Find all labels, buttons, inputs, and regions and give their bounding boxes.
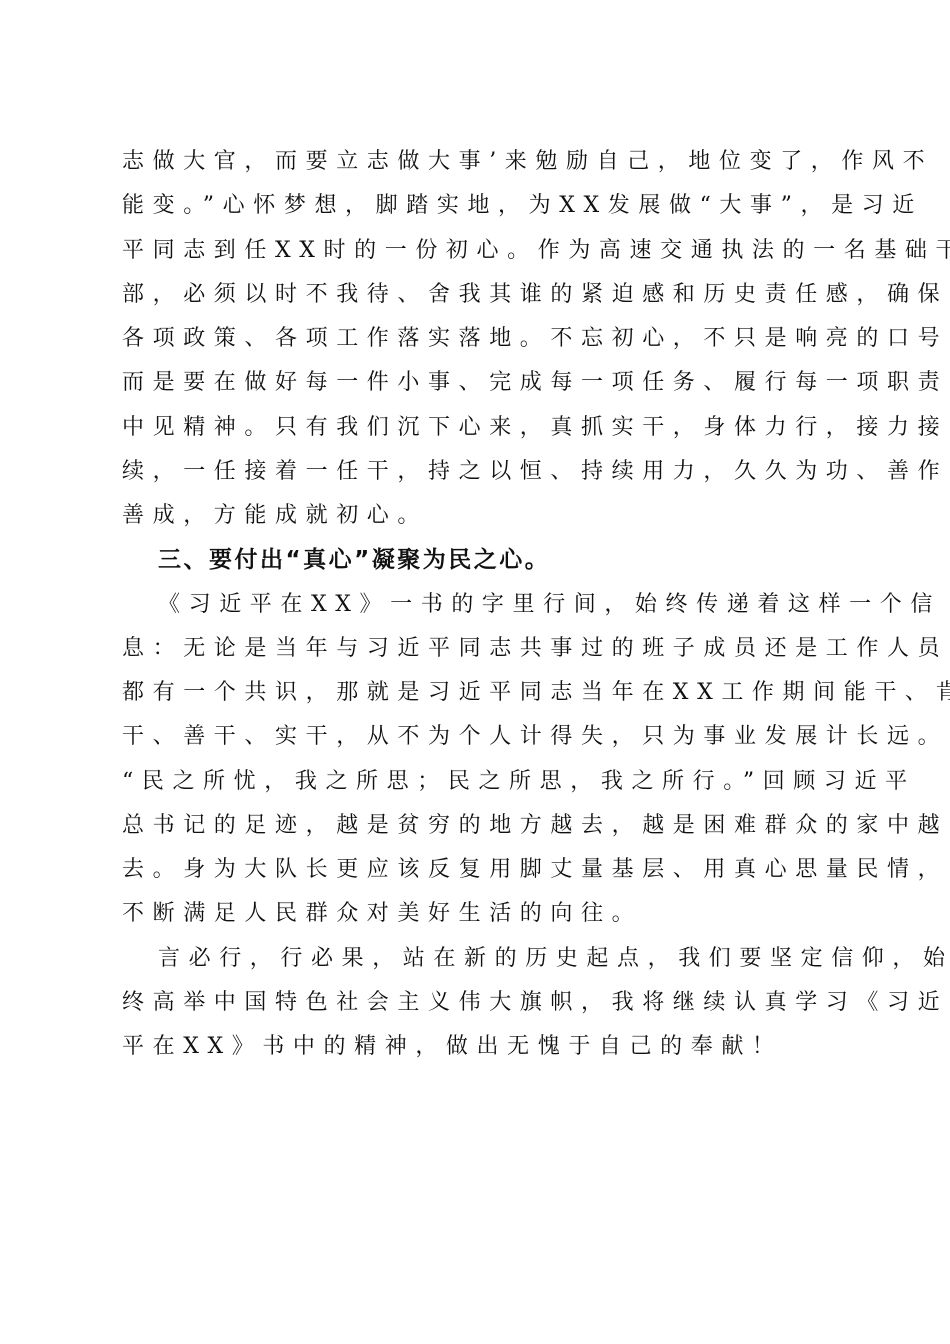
paragraph-line: 平同志到任XX时的一份初心。作为高速交通执法的一名基础干 [122,229,832,273]
paragraph-line: 各项政策、各项工作落实落地。不忘初心，不只是响亮的口号， [122,317,832,361]
paragraph-line: 善成，方能成就初心。 [122,494,832,538]
paragraph-line: 息：无论是当年与习近平同志共事过的班子成员还是工作人员， [122,627,832,671]
section-heading-text: 三、要付出“真心”凝聚为民之心。 [122,538,832,582]
paragraph-line: 志做大官，而要立志做大事’来勉励自己，地位变了，作风不 [122,140,832,184]
paragraph-2: 《习近平在XX》一书的字里行间，始终传递着这样一个信 息：无论是当年与习近平同志… [122,583,832,937]
paragraph-3: 言必行，行必果，站在新的历史起点，我们要坚定信仰，始 终高举中国特色社会主义伟大… [122,937,832,1070]
paragraph-line: 部，必须以时不我待、舍我其谁的紧迫感和历史责任感，确保 [122,273,832,317]
paragraph-line: 不断满足人民群众对美好生活的向往。 [122,892,832,936]
paragraph-line: 干、善干、实干，从不为个人计得失，只为事业发展计长远。 [122,715,832,759]
paragraph-line: 续，一任接着一任干，持之以恒、持续用力，久久为功、善作 [122,450,832,494]
paragraph-line: 《习近平在XX》一书的字里行间，始终传递着这样一个信 [122,583,832,627]
document-page: 志做大官，而要立志做大事’来勉励自己，地位变了，作风不 能变。”心怀梦想，脚踏实… [0,0,950,1344]
paragraph-line: 终高举中国特色社会主义伟大旗帜，我将继续认真学习《习近 [122,981,832,1025]
paragraph-line: 平在XX》书中的精神，做出无愧于自己的奉献！ [122,1025,832,1069]
paragraph-line: 总书记的足迹，越是贫穷的地方越去，越是困难群众的家中越 [122,804,832,848]
paragraph-line: 言必行，行必果，站在新的历史起点，我们要坚定信仰，始 [122,937,832,981]
section-heading-3: 三、要付出“真心”凝聚为民之心。 [122,538,832,582]
paragraph-line: “民之所忧，我之所思；民之所思，我之所行。”回顾习近平 [122,760,832,804]
paragraph-line: 能变。”心怀梦想，脚踏实地，为XX发展做“大事”，是习近 [122,184,832,228]
paragraph-line: 都有一个共识，那就是习近平同志当年在XX工作期间能干、肯 [122,671,832,715]
paragraph-line: 中见精神。只有我们沉下心来，真抓实干，身体力行，接力接 [122,406,832,450]
document-body: 志做大官，而要立志做大事’来勉励自己，地位变了，作风不 能变。”心怀梦想，脚踏实… [122,140,832,1069]
paragraph-line: 去。身为大队长更应该反复用脚丈量基层、用真心思量民情， [122,848,832,892]
paragraph-1: 志做大官，而要立志做大事’来勉励自己，地位变了，作风不 能变。”心怀梦想，脚踏实… [122,140,832,538]
paragraph-line: 而是要在做好每一件小事、完成每一项任务、履行每一项职责 [122,361,832,405]
